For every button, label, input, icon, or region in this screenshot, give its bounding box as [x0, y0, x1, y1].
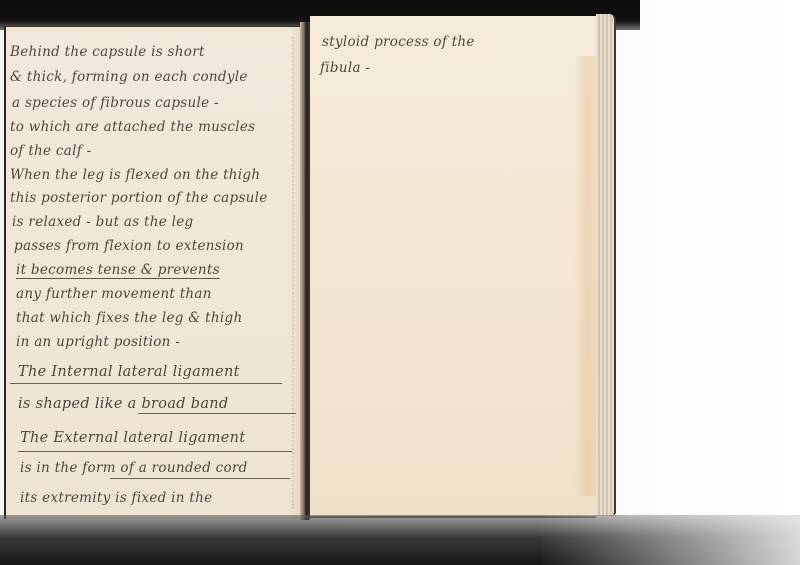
left-line-14: The Internal lateral ligament	[18, 364, 240, 380]
left-line-3: a species of fibrous capsule -	[12, 95, 219, 111]
underline-rule	[18, 451, 292, 452]
left-line-17: is in the form of a rounded cord	[20, 460, 248, 476]
left-line-9: passes from flexion to extension	[14, 238, 244, 254]
left-line-13: in an upright position -	[16, 334, 180, 350]
left-line-4: to which are attached the muscles	[10, 119, 255, 135]
left-line-10: it becomes tense & prevents	[16, 262, 220, 278]
left-line-1: Behind the capsule is short	[10, 44, 205, 60]
underline-rule	[10, 383, 282, 384]
left-line-6: When the leg is flexed on the thigh	[10, 167, 260, 183]
left-line-8: is relaxed - but as the leg	[12, 214, 194, 230]
left-line-5: of the calf -	[10, 143, 92, 159]
right-line-2: fibula -	[320, 60, 370, 76]
right-line-1: styloid process of the	[322, 34, 475, 50]
underline-rule	[138, 413, 296, 414]
bottom-shadow	[0, 515, 800, 565]
left-line-2: & thick, forming on each condyle	[10, 69, 248, 85]
left-line-7: this posterior portion of the capsule	[10, 190, 268, 206]
underline-rule	[110, 478, 290, 479]
page-edges	[596, 14, 616, 516]
left-line-18: its extremity is fixed in the	[20, 490, 212, 506]
book-gutter	[300, 22, 310, 520]
left-line-15: is shaped like a broad band	[18, 396, 229, 412]
notebook-scan: Behind the capsule is short & thick, for…	[0, 0, 800, 565]
left-line-16: The External lateral ligament	[20, 430, 245, 446]
left-line-11: any further movement than	[16, 286, 212, 302]
right-page	[310, 16, 596, 518]
left-line-12: that which fixes the leg & thigh	[16, 310, 242, 326]
